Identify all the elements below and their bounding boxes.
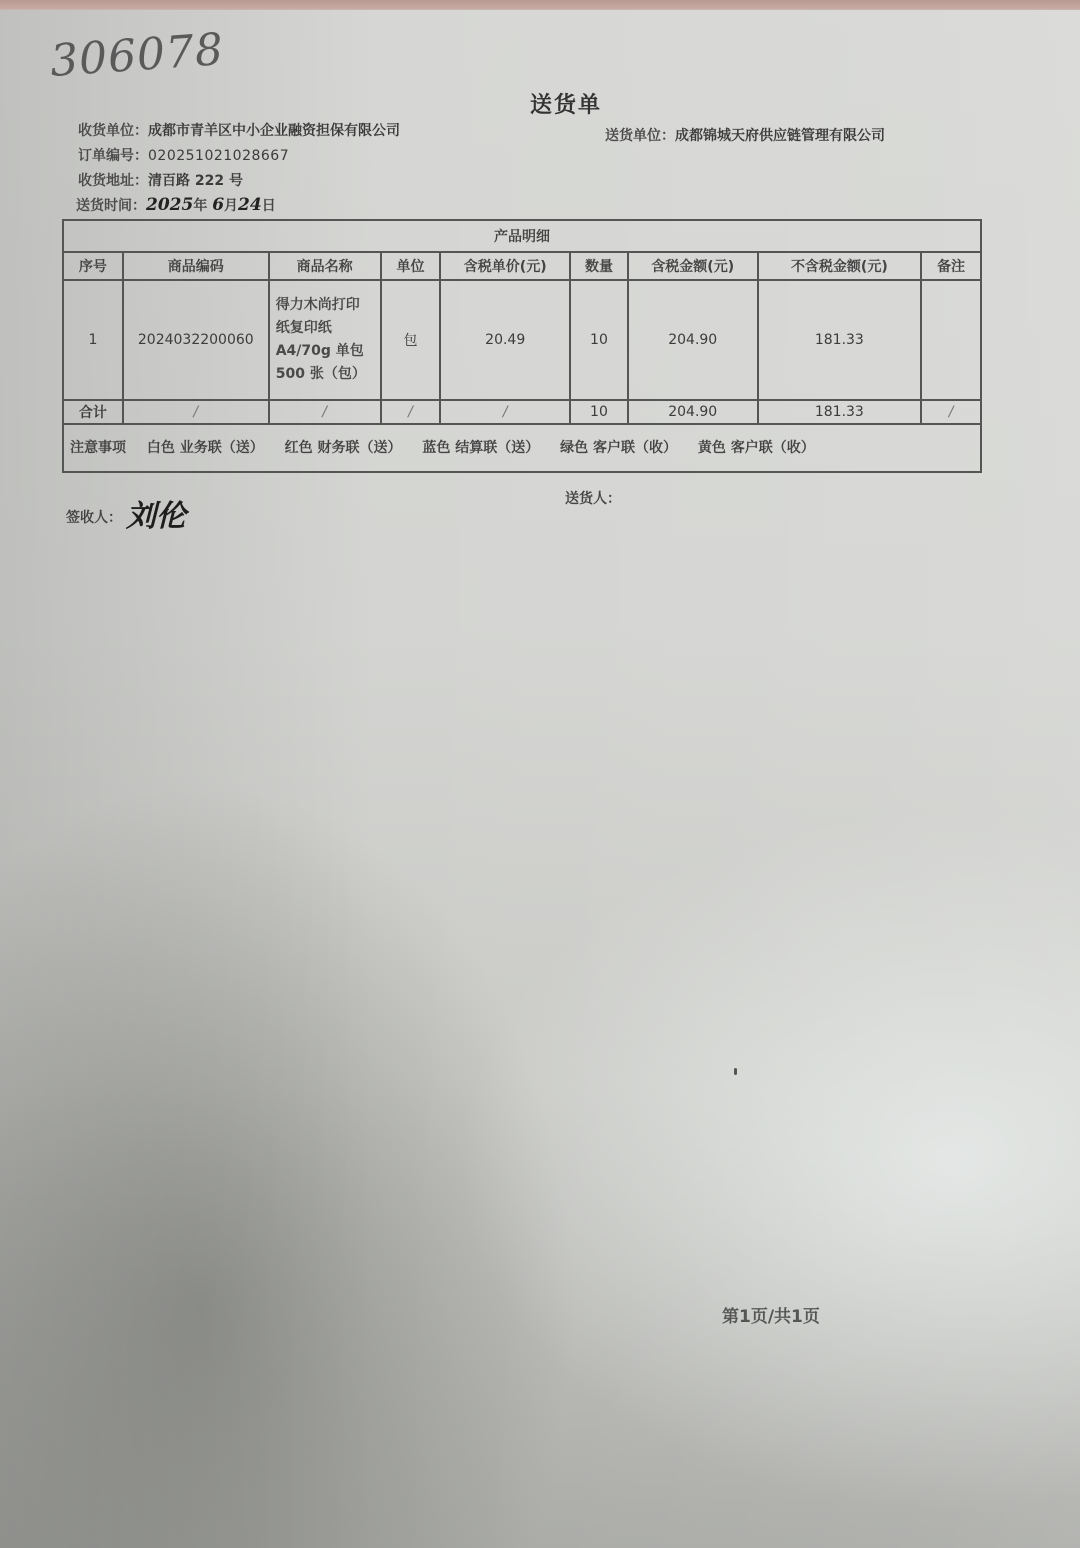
delivery-month: 6 bbox=[212, 195, 224, 215]
notes-cell: 注意事项 白色 业务联（送） 红色 财务联（送） 蓝色 结算联（送） 绿色 客户… bbox=[63, 424, 981, 472]
table-caption-row: 产品明细 bbox=[63, 220, 981, 252]
cell-name: 得力木尚打印纸复印纸A4/70g 单包500 张（包） bbox=[269, 280, 381, 400]
receiver-signature: 签收人：刘伦 bbox=[66, 487, 186, 531]
sender-unit-label: 送货单位： bbox=[605, 128, 675, 144]
header-unit-price: 含税单价(元) bbox=[440, 252, 570, 280]
total-unit: / bbox=[381, 400, 441, 424]
note-red: 红色 财务联（送） bbox=[285, 440, 402, 456]
total-code: / bbox=[123, 400, 269, 424]
cell-quantity: 10 bbox=[570, 280, 628, 400]
table-header-row: 序号 商品编码 商品名称 单位 含税单价(元) 数量 含税金额(元) 不含税金额… bbox=[63, 252, 981, 280]
cell-remark bbox=[921, 280, 981, 400]
delivery-year: 2025 bbox=[146, 195, 193, 215]
day-unit: 日 bbox=[262, 198, 276, 214]
table-caption: 产品明细 bbox=[63, 220, 981, 252]
total-row: 合计 / / / / 10 204.90 181.33 / bbox=[63, 400, 981, 424]
receiver-unit-label: 收货单位： bbox=[78, 123, 148, 139]
header-unit: 单位 bbox=[381, 252, 441, 280]
note-blue: 蓝色 结算联（送） bbox=[422, 440, 539, 456]
cell-amount-excl-tax: 181.33 bbox=[758, 280, 922, 400]
month-unit: 月 bbox=[224, 198, 238, 214]
total-unit-price: / bbox=[440, 400, 570, 424]
order-number: 订单编号：020251021028667 bbox=[78, 145, 289, 165]
cell-amount-incl-tax: 204.90 bbox=[628, 280, 758, 400]
total-name: / bbox=[269, 400, 381, 424]
document-title: 送货单 bbox=[530, 88, 602, 119]
sender-signature: 送货人： bbox=[565, 488, 621, 508]
header-amount-excl-tax: 不含税金额(元) bbox=[758, 252, 922, 280]
notes-label: 注意事项 bbox=[70, 440, 126, 456]
header-index: 序号 bbox=[63, 252, 123, 280]
delivery-address-value: 清百路 222 号 bbox=[148, 173, 243, 189]
note-green: 绿色 客户联（收） bbox=[560, 440, 677, 456]
delivery-day: 24 bbox=[238, 195, 262, 215]
handwritten-signature: 刘伦 bbox=[126, 499, 186, 534]
sender-signature-label: 送货人： bbox=[565, 491, 621, 507]
total-quantity: 10 bbox=[570, 400, 628, 424]
receiver-unit-value: 成都市青羊区中小企业融资担保有限公司 bbox=[148, 123, 400, 139]
product-detail-table: 产品明细 序号 商品编码 商品名称 单位 含税单价(元) 数量 含税金额(元) … bbox=[62, 219, 982, 473]
header-name: 商品名称 bbox=[269, 252, 381, 280]
delivery-time-label: 送货时间： bbox=[76, 198, 146, 214]
receiver-unit: 收货单位：成都市青羊区中小企业融资担保有限公司 bbox=[78, 120, 400, 140]
cell-unit-price: 20.49 bbox=[440, 280, 570, 400]
delivery-address: 收货地址：清百路 222 号 bbox=[78, 170, 243, 190]
total-amount-incl-tax: 204.90 bbox=[628, 400, 758, 424]
cell-code: 2024032200060 bbox=[123, 280, 269, 400]
order-number-label: 订单编号： bbox=[78, 148, 148, 164]
table-row: 1 2024032200060 得力木尚打印纸复印纸A4/70g 单包500 张… bbox=[63, 280, 981, 400]
header-amount-incl-tax: 含税金额(元) bbox=[628, 252, 758, 280]
order-number-value: 020251021028667 bbox=[148, 148, 289, 164]
ink-speck bbox=[734, 1068, 737, 1075]
cell-index: 1 bbox=[63, 280, 123, 400]
total-remark: / bbox=[921, 400, 981, 424]
cell-unit: 包 bbox=[381, 280, 441, 400]
page-indicator: 第1页/共1页 bbox=[722, 1302, 820, 1327]
receiver-signature-label: 签收人： bbox=[66, 510, 122, 526]
notes-row: 注意事项 白色 业务联（送） 红色 财务联（送） 蓝色 结算联（送） 绿色 客户… bbox=[63, 424, 981, 472]
sender-unit: 送货单位：成都锦城天府供应链管理有限公司 bbox=[605, 125, 885, 145]
header-remark: 备注 bbox=[921, 252, 981, 280]
year-unit: 年 bbox=[193, 198, 207, 214]
note-yellow: 黄色 客户联（收） bbox=[698, 440, 815, 456]
header-code: 商品编码 bbox=[123, 252, 269, 280]
header-quantity: 数量 bbox=[570, 252, 628, 280]
note-white: 白色 业务联（送） bbox=[147, 440, 264, 456]
sender-unit-value: 成都锦城天府供应链管理有限公司 bbox=[675, 128, 885, 144]
delivery-address-label: 收货地址： bbox=[78, 173, 148, 189]
total-label: 合计 bbox=[63, 400, 123, 424]
delivery-time: 送货时间：2025年 6月24日 bbox=[76, 195, 276, 215]
total-amount-excl-tax: 181.33 bbox=[758, 400, 922, 424]
